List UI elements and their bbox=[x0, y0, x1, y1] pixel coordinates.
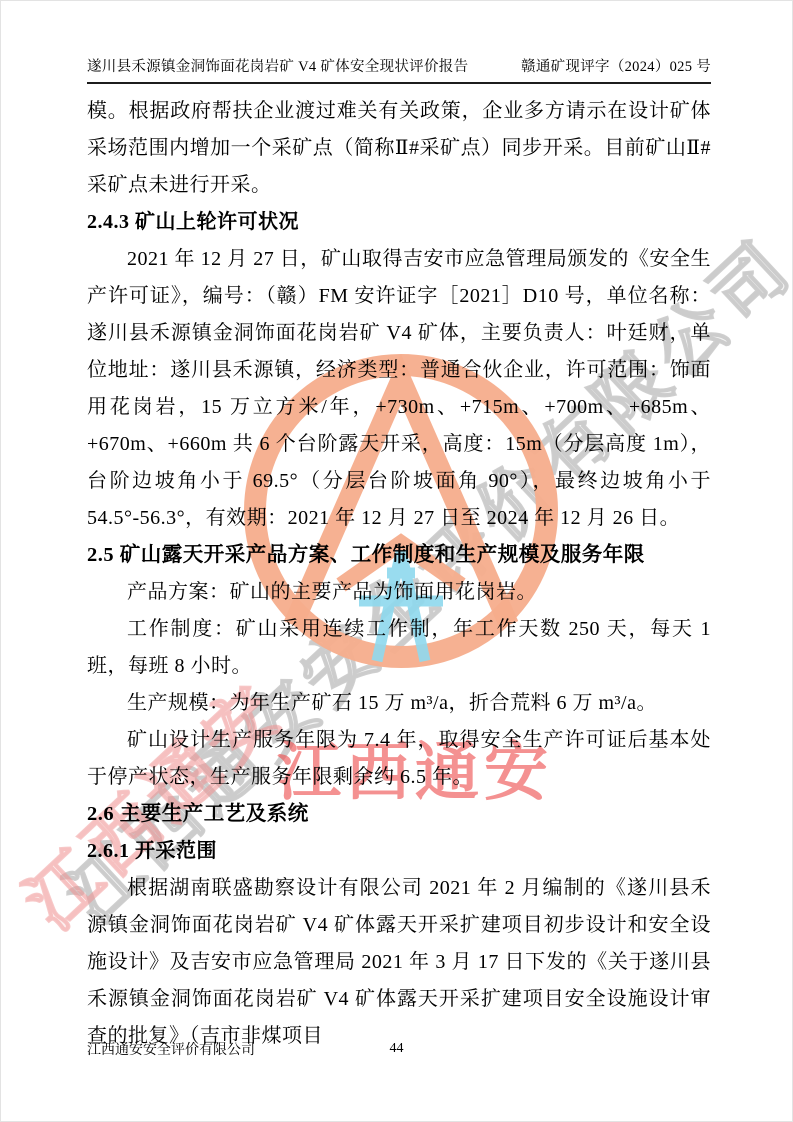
document-body: 模。根据政府帮扶企业渡过难关有关政策，企业多方请示在设计矿体采场范围内增加一个采… bbox=[87, 93, 711, 1055]
section-heading: 2.6.1 开采范围 bbox=[87, 833, 711, 870]
document-page: 江西通安安全评价有限公司 江西通安 江西通安 遂川县禾源镇金洞饰面花岗岩矿 V4… bbox=[0, 0, 793, 1122]
body-paragraph: 矿山设计生产服务年限为 7.4 年，取得安全生产许可证后基本处于停产状态，生产服… bbox=[87, 722, 711, 796]
page-header: 遂川县禾源镇金洞饰面花岗岩矿 V4 矿体安全现状评价报告 赣通矿现评字（2024… bbox=[87, 55, 711, 84]
body-paragraph: 模。根据政府帮扶企业渡过难关有关政策，企业多方请示在设计矿体采场范围内增加一个采… bbox=[87, 93, 711, 204]
header-document-number: 赣通矿现评字（2024）025 号 bbox=[521, 55, 711, 76]
header-report-title: 遂川县禾源镇金洞饰面花岗岩矿 V4 矿体安全现状评价报告 bbox=[87, 55, 468, 76]
footer-page-number: 44 bbox=[1, 1041, 792, 1057]
body-paragraph: 2021 年 12 月 27 日，矿山取得吉安市应急管理局颁发的《安全生产许可证… bbox=[87, 241, 711, 537]
section-heading: 2.5 矿山露天开采产品方案、工作制度和生产规模及服务年限 bbox=[87, 537, 711, 574]
body-paragraph: 生产规模：为年生产矿石 15 万 m³/a，折合荒料 6 万 m³/a。 bbox=[87, 685, 711, 722]
section-heading: 2.6 主要生产工艺及系统 bbox=[87, 796, 711, 833]
body-paragraph: 根据湖南联盛勘察设计有限公司 2021 年 2 月编制的《遂川县禾源镇金洞饰面花… bbox=[87, 870, 711, 1055]
body-paragraph: 工作制度：矿山采用连续工作制，年工作天数 250 天，每天 1 班，每班 8 小… bbox=[87, 611, 711, 685]
section-heading: 2.4.3 矿山上轮许可状况 bbox=[87, 204, 711, 241]
body-paragraph: 产品方案：矿山的主要产品为饰面用花岗岩。 bbox=[87, 574, 711, 611]
